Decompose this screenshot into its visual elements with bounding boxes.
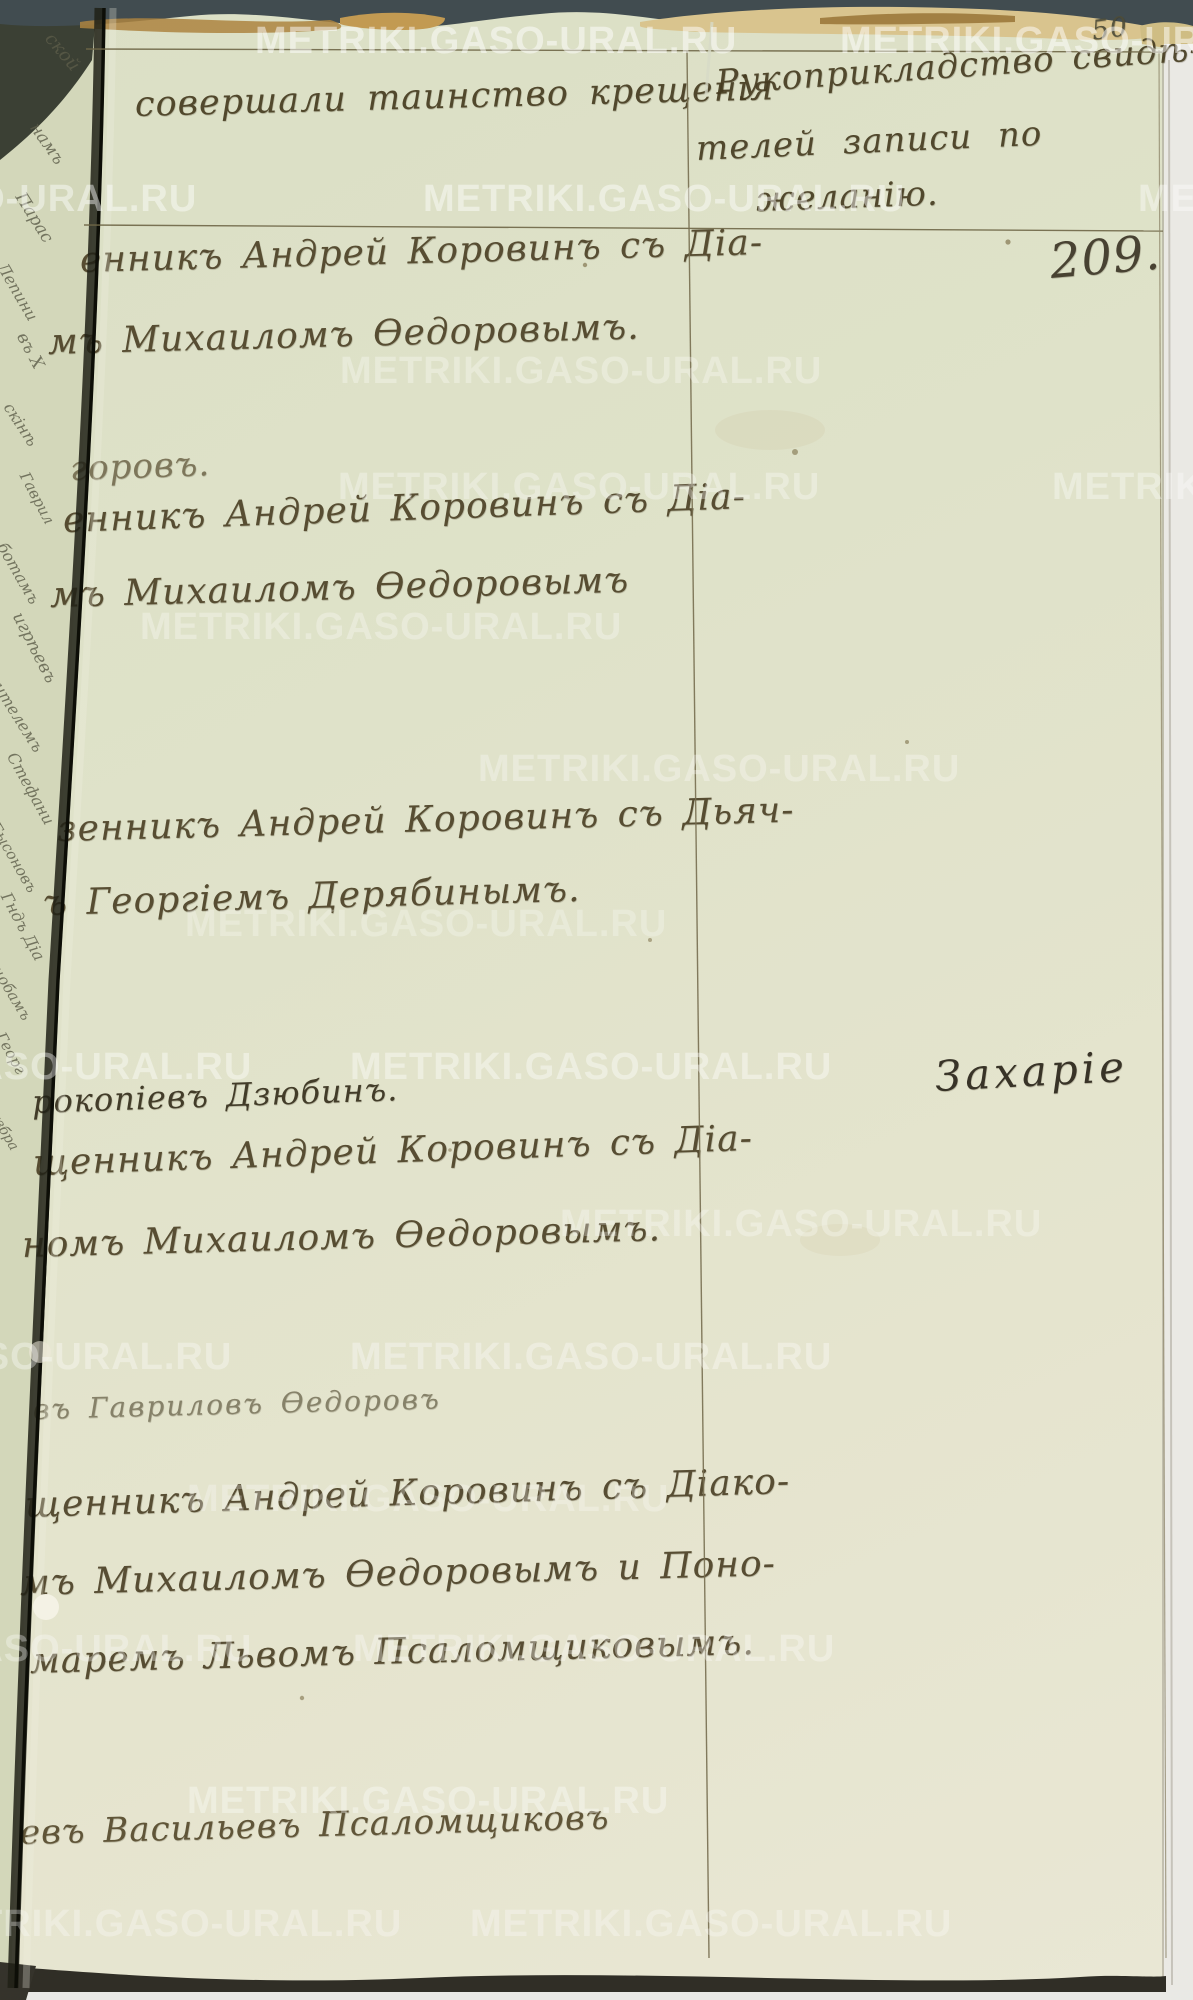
witness-signature: Захаріе [934,1046,1129,1098]
metric-book-page [0,8,1168,1990]
next-page-edge [1164,44,1193,2000]
signature-1: горовъ. [69,447,210,486]
header-right-line3: желанію. [755,177,939,217]
folio-number: 50 [1090,13,1130,45]
document-scan-page: скойнамъПарасЛепинивъ ХскінѣГаврилботамъ… [0,0,1193,2000]
entry-number: 209. [1048,228,1163,285]
